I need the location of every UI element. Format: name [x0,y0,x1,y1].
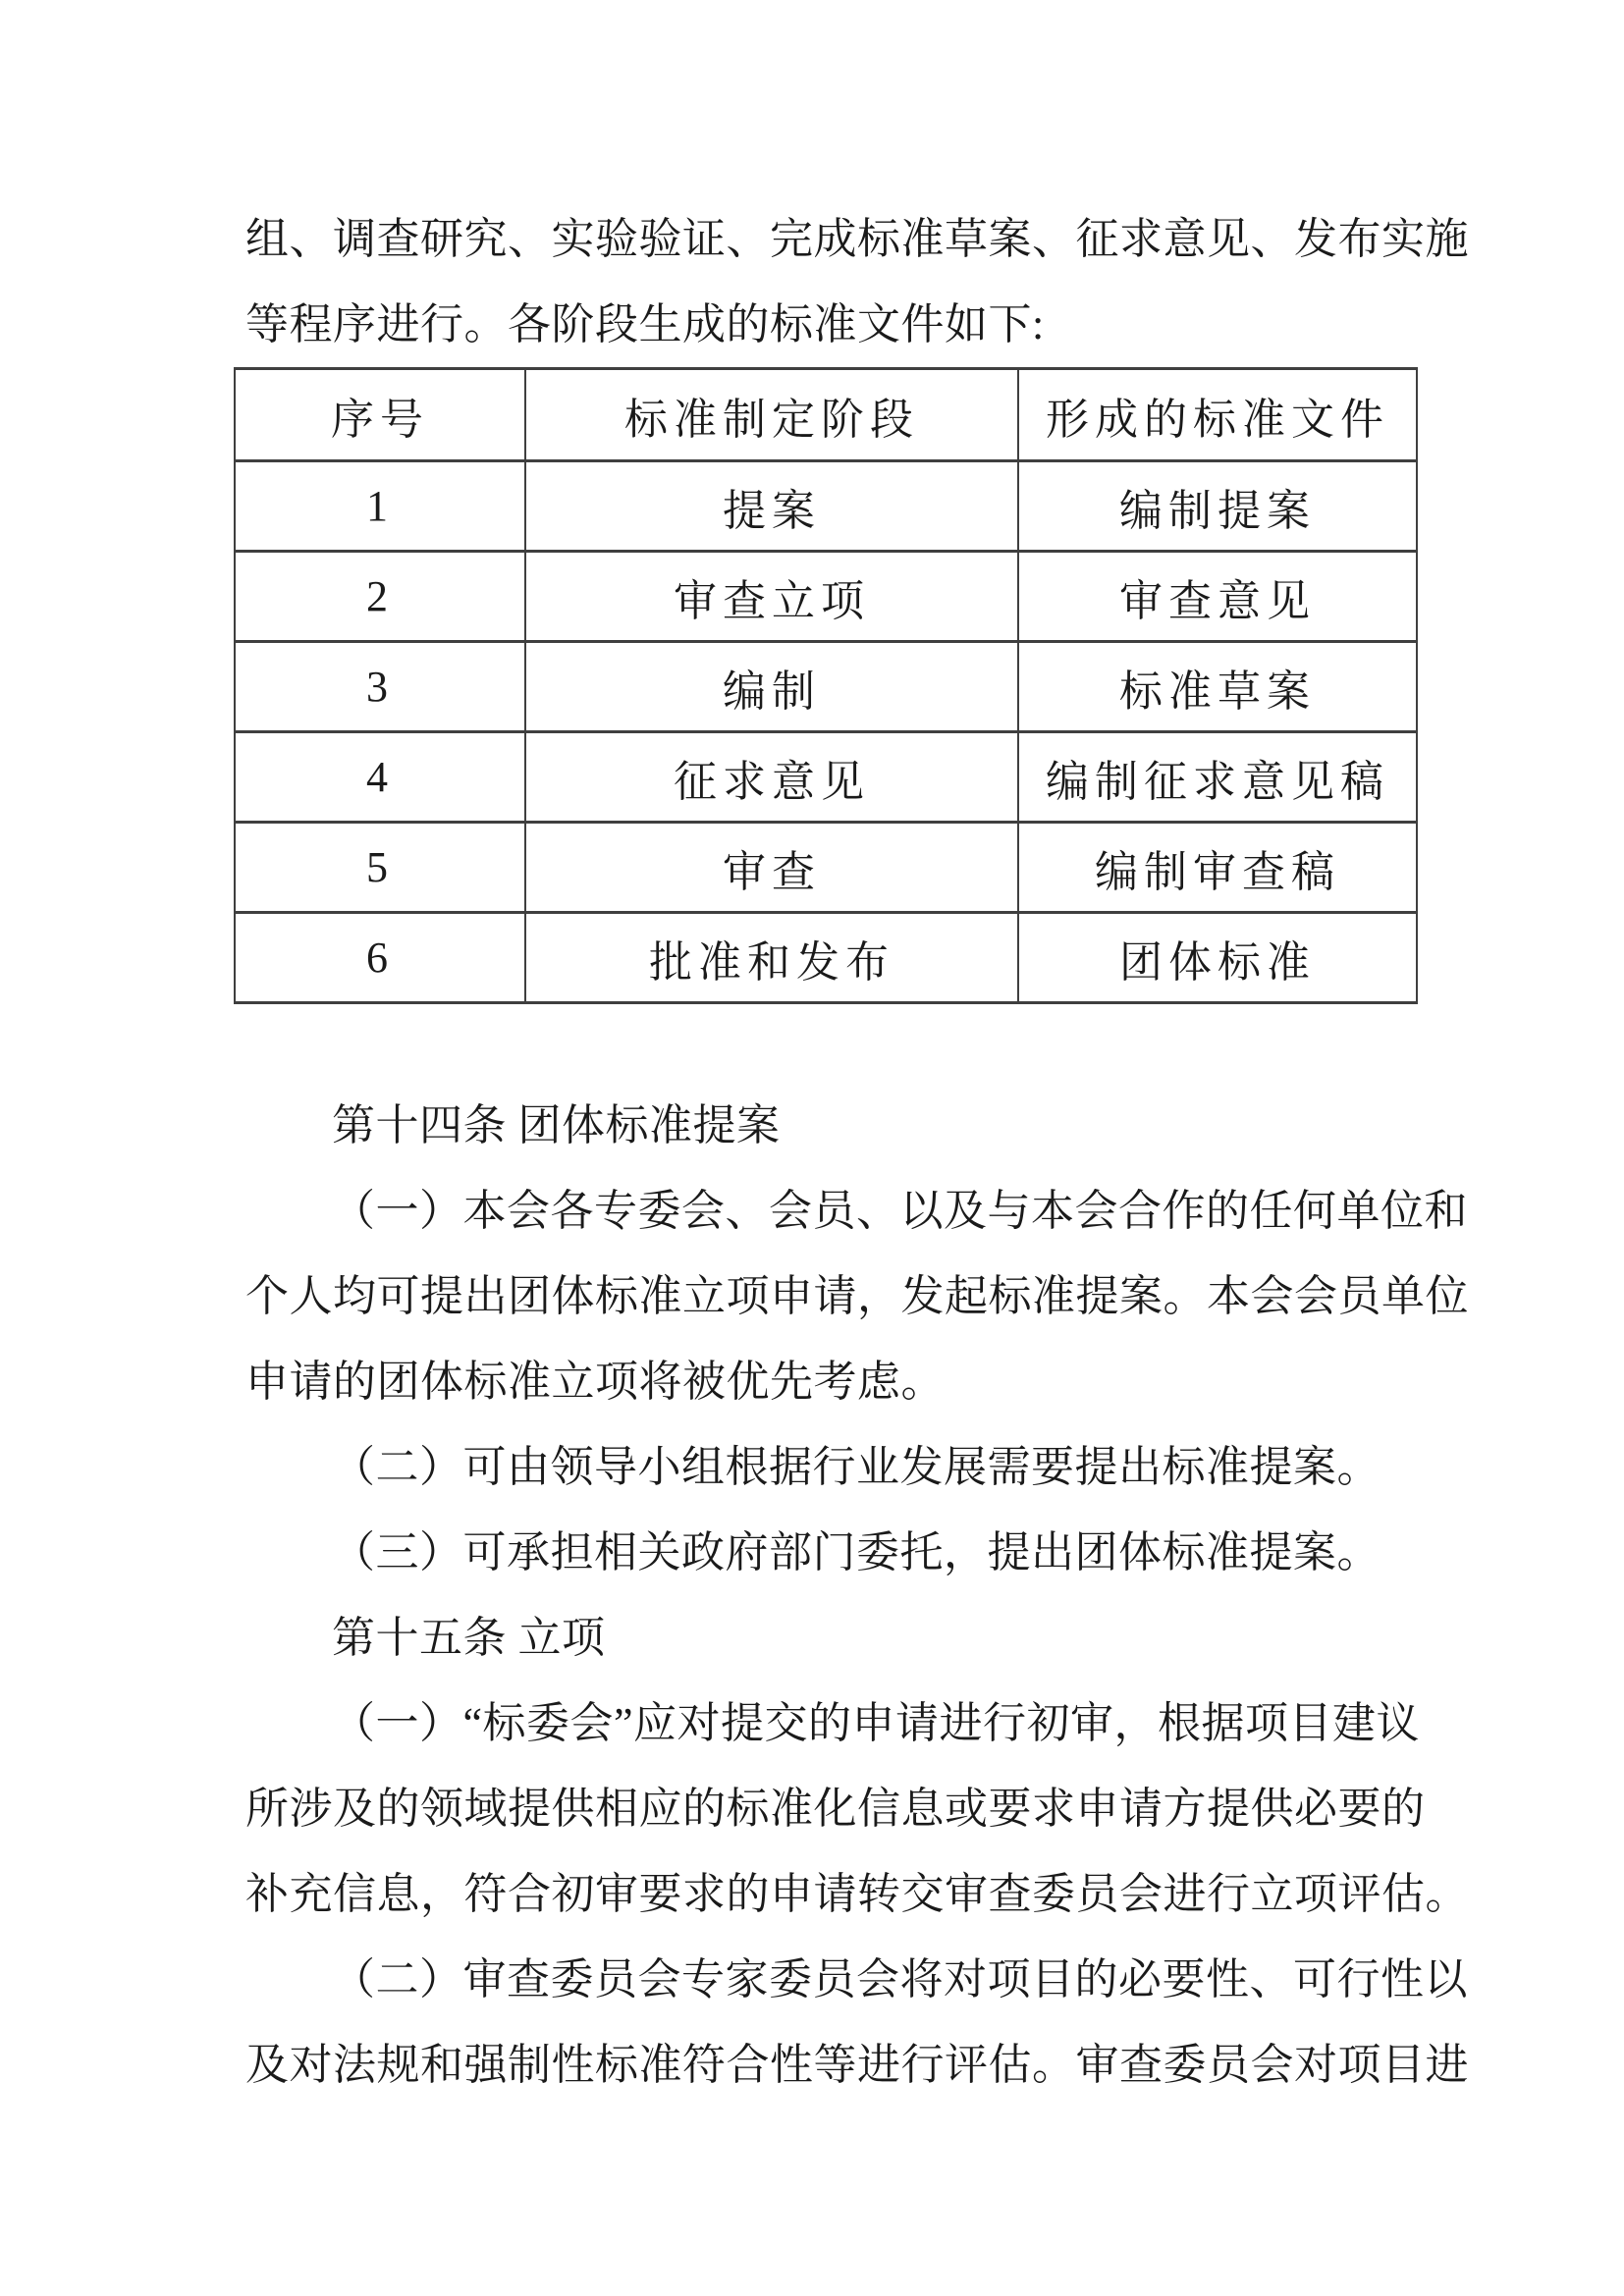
body-line: （二）可由领导小组根据行业发展需要提出标准提案。 [245,1424,1463,1510]
table-cell-stage: 审查立项 [525,552,1018,642]
document-page: 组、调查研究、实验验证、完成标准草案、征求意见、发布实施 等程序进行。各阶段生成… [0,0,1624,2296]
table-cell-doc: 编制审查稿 [1018,823,1417,913]
body-line: （二）审查委员会专家委员会将对项目的必要性、可行性以 [245,1937,1463,2022]
table-cell-no: 6 [235,913,525,1003]
table-cell-stage: 征求意见 [525,732,1018,823]
table-row: 3 编制 标准草案 [235,642,1417,732]
table-header-row: 序号 标准制定阶段 形成的标准文件 [235,369,1417,461]
table-header-cell-stage: 标准制定阶段 [525,369,1018,461]
body-line: （一）本会各专委会、会员、以及与本会合作的任何单位和 [245,1168,1463,1254]
table-header-cell-no: 序号 [235,369,525,461]
table-cell-doc: 标准草案 [1018,642,1417,732]
table-cell-stage: 提案 [525,461,1018,552]
body-line: 所涉及的领域提供相应的标准化信息或要求申请方提供必要的 [245,1766,1463,1851]
table-cell-stage: 审查 [525,823,1018,913]
table-row: 6 批准和发布 团体标准 [235,913,1417,1003]
table-cell-doc: 编制提案 [1018,461,1417,552]
table-cell-no: 1 [235,461,525,552]
table-cell-no: 2 [235,552,525,642]
standards-stage-table: 序号 标准制定阶段 形成的标准文件 1 提案 编制提案 2 审查立项 审查意见 … [234,367,1418,1004]
table-header-cell-doc: 形成的标准文件 [1018,369,1417,461]
table-cell-no: 4 [235,732,525,823]
table-row: 2 审查立项 审查意见 [235,552,1417,642]
table-cell-doc: 编制征求意见稿 [1018,732,1417,823]
table-row: 4 征求意见 编制征求意见稿 [235,732,1417,823]
table-cell-no: 3 [235,642,525,732]
article-15-heading: 第十五条 立项 [245,1595,1463,1681]
table-cell-no: 5 [235,823,525,913]
body-line: （三）可承担相关政府部门委托，提出团体标准提案。 [245,1510,1463,1595]
body-line: 个人均可提出团体标准立项申请，发起标准提案。本会会员单位 [245,1254,1463,1339]
table-cell-doc: 团体标准 [1018,913,1417,1003]
document-content: 组、调查研究、实验验证、完成标准草案、征求意见、发布实施 等程序进行。各阶段生成… [245,196,1463,2108]
body-line: 申请的团体标准立项将被优先考虑。 [245,1339,1463,1424]
table-cell-doc: 审查意见 [1018,552,1417,642]
body-line: 补充信息，符合初审要求的申请转交审查委员会进行立项评估。 [245,1851,1463,1937]
intro-line: 等程序进行。各阶段生成的标准文件如下: [245,282,1463,367]
body-line: 及对法规和强制性标准符合性等进行评估。审查委员会对项目进 [245,2022,1463,2108]
intro-line: 组、调查研究、实验验证、完成标准草案、征求意见、发布实施 [245,196,1463,282]
article-14-heading: 第十四条 团体标准提案 [245,1083,1463,1168]
table-row: 5 审查 编制审查稿 [235,823,1417,913]
table-row: 1 提案 编制提案 [235,461,1417,552]
table-cell-stage: 编制 [525,642,1018,732]
table-cell-stage: 批准和发布 [525,913,1018,1003]
body-line: （一）“标委会”应对提交的申请进行初审，根据项目建议 [245,1681,1463,1766]
